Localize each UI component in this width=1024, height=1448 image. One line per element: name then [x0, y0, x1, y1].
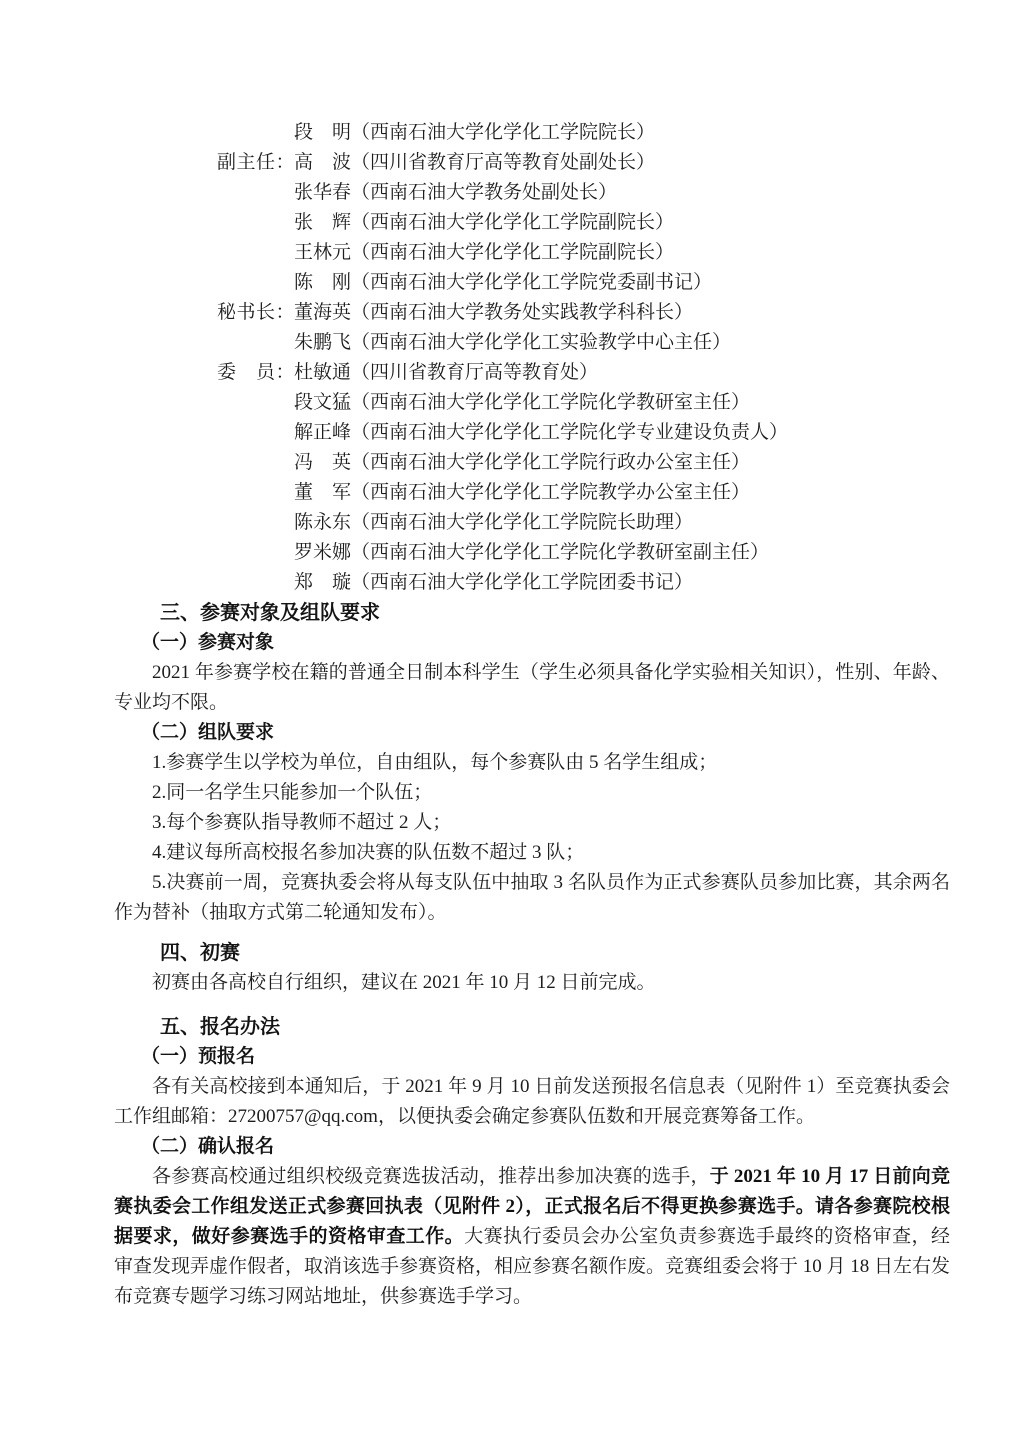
- section-registration: 五、报名办法 （一）预报名 各有关高校接到本通知后，于 2021 年 9 月 1…: [114, 1012, 950, 1312]
- team-rules-list: 1.参赛学生以学校为单位，自由组队，每个参赛队由 5 名学生组成； 2.同一名学…: [114, 748, 950, 928]
- committee-row: 朱鹏飞（西南石油大学化学化工实验教学中心主任）: [114, 328, 950, 358]
- committee-row: 王林元（西南石油大学化学化工学院副院长）: [114, 238, 950, 268]
- committee-row: 秘书长：董海英（西南石油大学教务处实践教学科科长）: [114, 298, 950, 328]
- list-item: 4.建议每所高校报名参加决赛的队伍数不超过 3 队；: [114, 838, 950, 868]
- section-preliminary: 四、初赛 初赛由各高校自行组织，建议在 2021 年 10 月 12 日前完成。: [114, 938, 950, 998]
- list-item: 1.参赛学生以学校为单位，自由组队，每个参赛队由 5 名学生组成；: [114, 748, 950, 778]
- committee-row: 段 明（西南石油大学化学化工学院院长）: [114, 118, 950, 148]
- section-participants: 三、参赛对象及组队要求 （一）参赛对象 2021 年参赛学校在籍的普通全日制本科…: [114, 598, 950, 928]
- list-item: 2.同一名学生只能参加一个队伍；: [114, 778, 950, 808]
- member-entry: 董海英（西南石油大学教务处实践教学科科长）: [294, 302, 693, 323]
- committee-row: 陈 刚（西南石油大学化学化工学院党委副书记）: [114, 268, 950, 298]
- committee-row: 委 员：杜敏通（四川省教育厅高等教育处）: [114, 358, 950, 388]
- section-heading-participants: 三、参赛对象及组队要求: [114, 598, 950, 628]
- paragraph-confirm-registration: 各参赛高校通过组织校级竞赛选拔活动，推荐出参加决赛的选手，于 2021 年 10…: [114, 1162, 950, 1312]
- role-label: 秘书长：: [217, 298, 294, 328]
- paragraph-preliminary: 初赛由各高校自行组织，建议在 2021 年 10 月 12 日前完成。: [114, 968, 950, 998]
- paragraph-pre-registration: 各有关高校接到本通知后，于 2021 年 9 月 10 日前发送预报名信息表（见…: [114, 1072, 950, 1132]
- list-item: 5.决赛前一周，竞赛执委会将从每支队伍中抽取 3 名队员作为正式参赛队员参加比赛…: [114, 868, 950, 928]
- subsection-heading-team-rules: （二）组队要求: [114, 718, 950, 748]
- member-entry: 段 明（西南石油大学化学化工学院院长）: [294, 122, 655, 143]
- subsection-heading-confirm-registration: （二）确认报名: [114, 1132, 950, 1162]
- committee-row: 郑 璇（西南石油大学化学化工学院团委书记）: [114, 568, 950, 598]
- committee-list: 段 明（西南石油大学化学化工学院院长） 副主任：高 波（四川省教育厅高等教育处副…: [114, 118, 950, 598]
- role-label: 副主任：: [217, 148, 294, 178]
- member-entry: 陈永东（西南石油大学化学化工学院院长助理）: [294, 512, 693, 533]
- committee-row: 张 辉（西南石油大学化学化工学院副院长）: [114, 208, 950, 238]
- committee-row: 张华春（西南石油大学教务处副处长）: [114, 178, 950, 208]
- confirm-text-lead: 各参赛高校通过组织校级竞赛选拔活动，推荐出参加决赛的选手，: [152, 1166, 710, 1187]
- list-item: 3.每个参赛队指导教师不超过 2 人；: [114, 808, 950, 838]
- committee-row: 冯 英（西南石油大学化学化工学院行政办公室主任）: [114, 448, 950, 478]
- committee-row: 解正峰（西南石油大学化学化工学院化学专业建设负责人）: [114, 418, 950, 448]
- member-entry: 王林元（西南石油大学化学化工学院副院长）: [294, 242, 674, 263]
- member-entry: 解正峰（西南石油大学化学化工学院化学专业建设负责人）: [294, 422, 788, 443]
- section-heading-preliminary: 四、初赛: [114, 938, 950, 968]
- member-entry: 杜敏通（四川省教育厅高等教育处）: [294, 362, 598, 383]
- member-entry: 董 军（西南石油大学化学化工学院教学办公室主任）: [294, 482, 750, 503]
- member-entry: 朱鹏飞（西南石油大学化学化工实验教学中心主任）: [294, 332, 731, 353]
- committee-row: 段文猛（西南石油大学化学化工学院化学教研室主任）: [114, 388, 950, 418]
- member-entry: 段文猛（西南石油大学化学化工学院化学教研室主任）: [294, 392, 750, 413]
- member-entry: 罗米娜（西南石油大学化学化工学院化学教研室副主任）: [294, 542, 769, 563]
- member-entry: 张 辉（西南石油大学化学化工学院副院长）: [294, 212, 674, 233]
- member-entry: 高 波（四川省教育厅高等教育处副处长）: [294, 152, 655, 173]
- document-page: 段 明（西南石油大学化学化工学院院长） 副主任：高 波（四川省教育厅高等教育处副…: [0, 0, 1024, 1448]
- committee-row: 陈永东（西南石油大学化学化工学院院长助理）: [114, 508, 950, 538]
- subsection-heading-pre-registration: （一）预报名: [114, 1042, 950, 1072]
- paragraph-eligibility: 2021 年参赛学校在籍的普通全日制本科学生（学生必须具备化学实验相关知识），性…: [114, 658, 950, 718]
- member-entry: 陈 刚（西南石油大学化学化工学院党委副书记）: [294, 272, 712, 293]
- committee-row: 副主任：高 波（四川省教育厅高等教育处副处长）: [114, 148, 950, 178]
- committee-row: 罗米娜（西南石油大学化学化工学院化学教研室副主任）: [114, 538, 950, 568]
- committee-row: 董 军（西南石油大学化学化工学院教学办公室主任）: [114, 478, 950, 508]
- member-entry: 张华春（西南石油大学教务处副处长）: [294, 182, 617, 203]
- subsection-heading-eligibility: （一）参赛对象: [114, 628, 950, 658]
- section-heading-registration: 五、报名办法: [114, 1012, 950, 1042]
- member-entry: 冯 英（西南石油大学化学化工学院行政办公室主任）: [294, 452, 750, 473]
- member-entry: 郑 璇（西南石油大学化学化工学院团委书记）: [294, 572, 693, 593]
- role-label: 委 员：: [217, 358, 294, 388]
